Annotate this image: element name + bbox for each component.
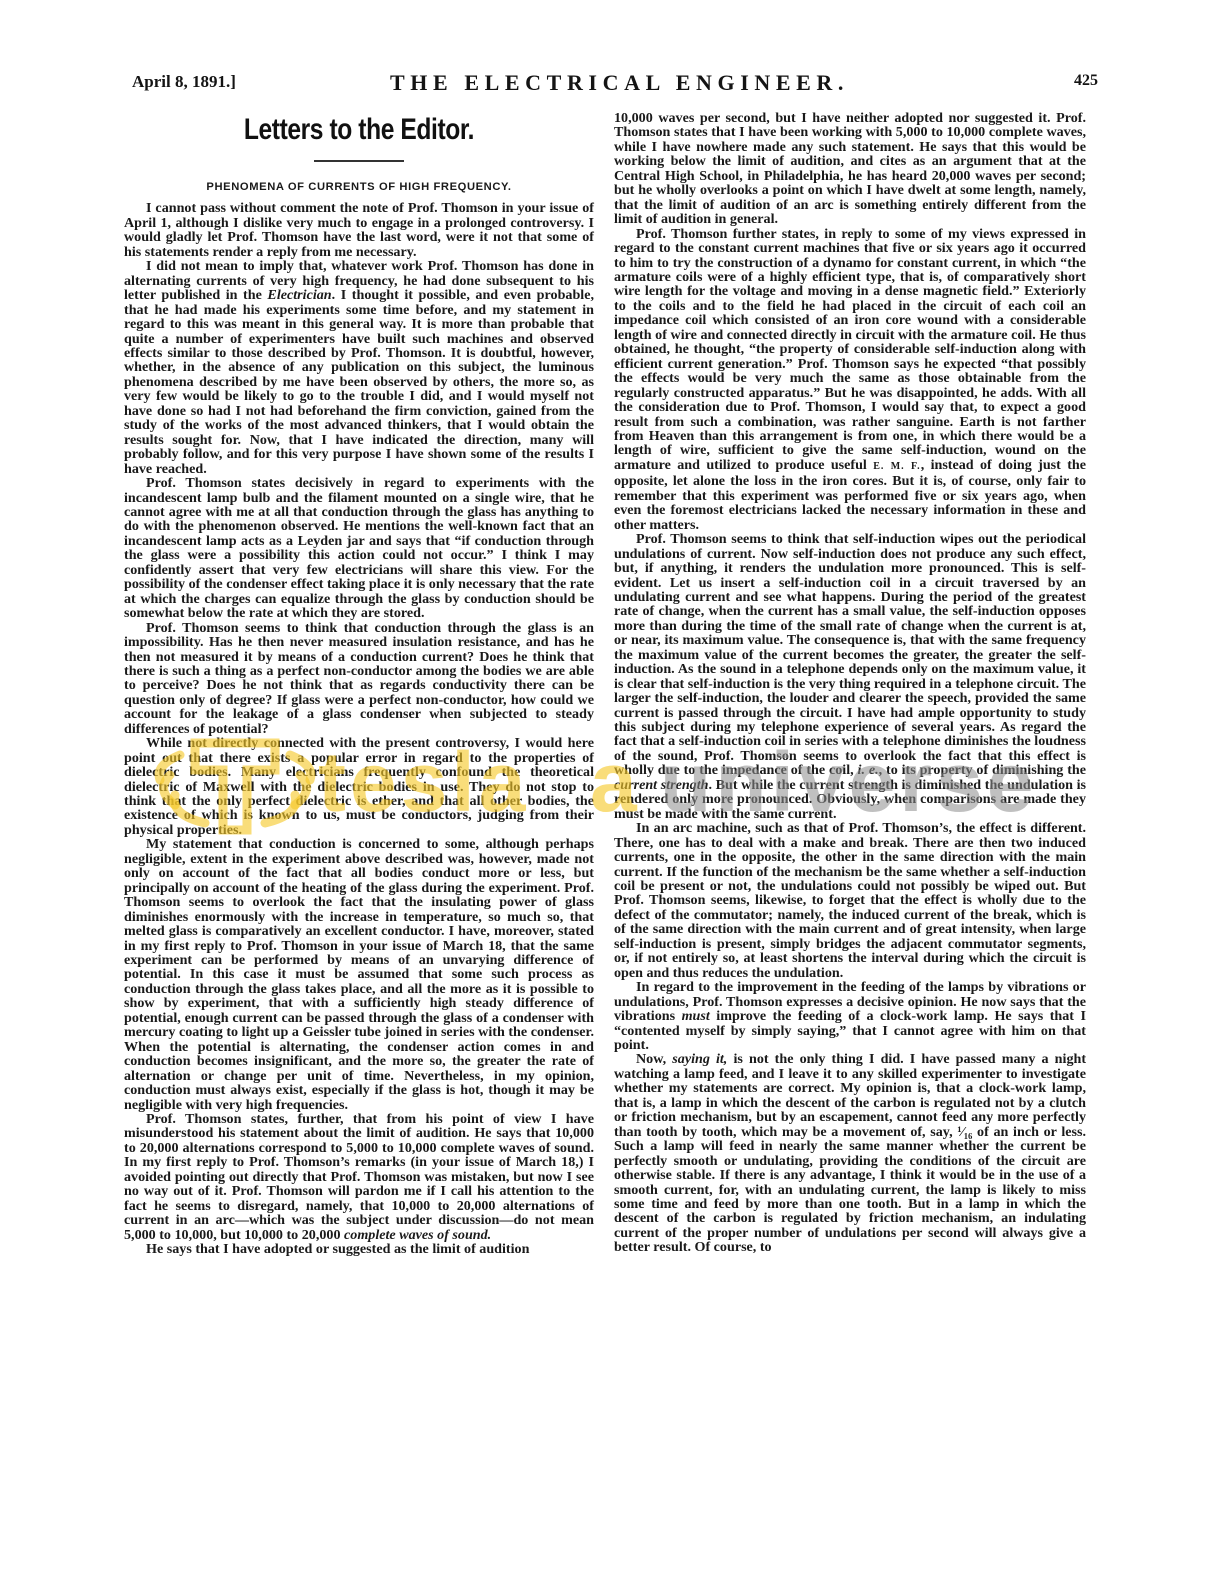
running-head: April 8, 1891.] THE ELECTRICAL ENGINEER.… <box>132 72 1100 98</box>
right-column: 10,000 waves per second, but I have neit… <box>614 111 1086 1255</box>
paragraph: Prof. Thomson states, further, that from… <box>124 1112 594 1242</box>
title-divider <box>314 160 404 162</box>
journal-title: THE ELECTRICAL ENGINEER. <box>390 70 849 96</box>
page-number: 425 <box>1074 72 1098 90</box>
paragraph: Prof. Thomson seems to think that conduc… <box>124 621 594 737</box>
article-subhead: PHENOMENA OF CURRENTS OF HIGH FREQUENCY. <box>124 180 594 194</box>
publication-name: Electrician <box>267 287 331 303</box>
paragraph: While not directly connected with the pr… <box>124 736 594 837</box>
paragraph: Prof. Thomson seems to think that self-i… <box>614 532 1086 821</box>
paragraph: Now, saying it, is not the only thing I … <box>614 1052 1086 1254</box>
paragraph: I cannot pass without comment the note o… <box>124 201 594 259</box>
paragraph: My statement that conduction is concerne… <box>124 837 594 1112</box>
paragraph: In an arc machine, such as that of Prof.… <box>614 821 1086 980</box>
paragraph: I did not mean to imply that, whatever w… <box>124 259 594 476</box>
issue-date: April 8, 1891.] <box>132 72 236 92</box>
paragraph: Prof. Thomson further states, in reply t… <box>614 227 1086 533</box>
document-page: April 8, 1891.] THE ELECTRICAL ENGINEER.… <box>0 0 1224 1584</box>
paragraph: He says that I have adopted or suggested… <box>124 1242 594 1256</box>
paragraph: In regard to the improvement in the feed… <box>614 980 1086 1052</box>
paragraph: Prof. Thomson states decisively in regar… <box>124 476 594 621</box>
section-title: Letters to the Editor. <box>166 112 551 148</box>
paragraph: 10,000 waves per second, but I have neit… <box>614 111 1086 227</box>
left-column: Letters to the Editor. PHENOMENA OF CURR… <box>124 112 594 1257</box>
